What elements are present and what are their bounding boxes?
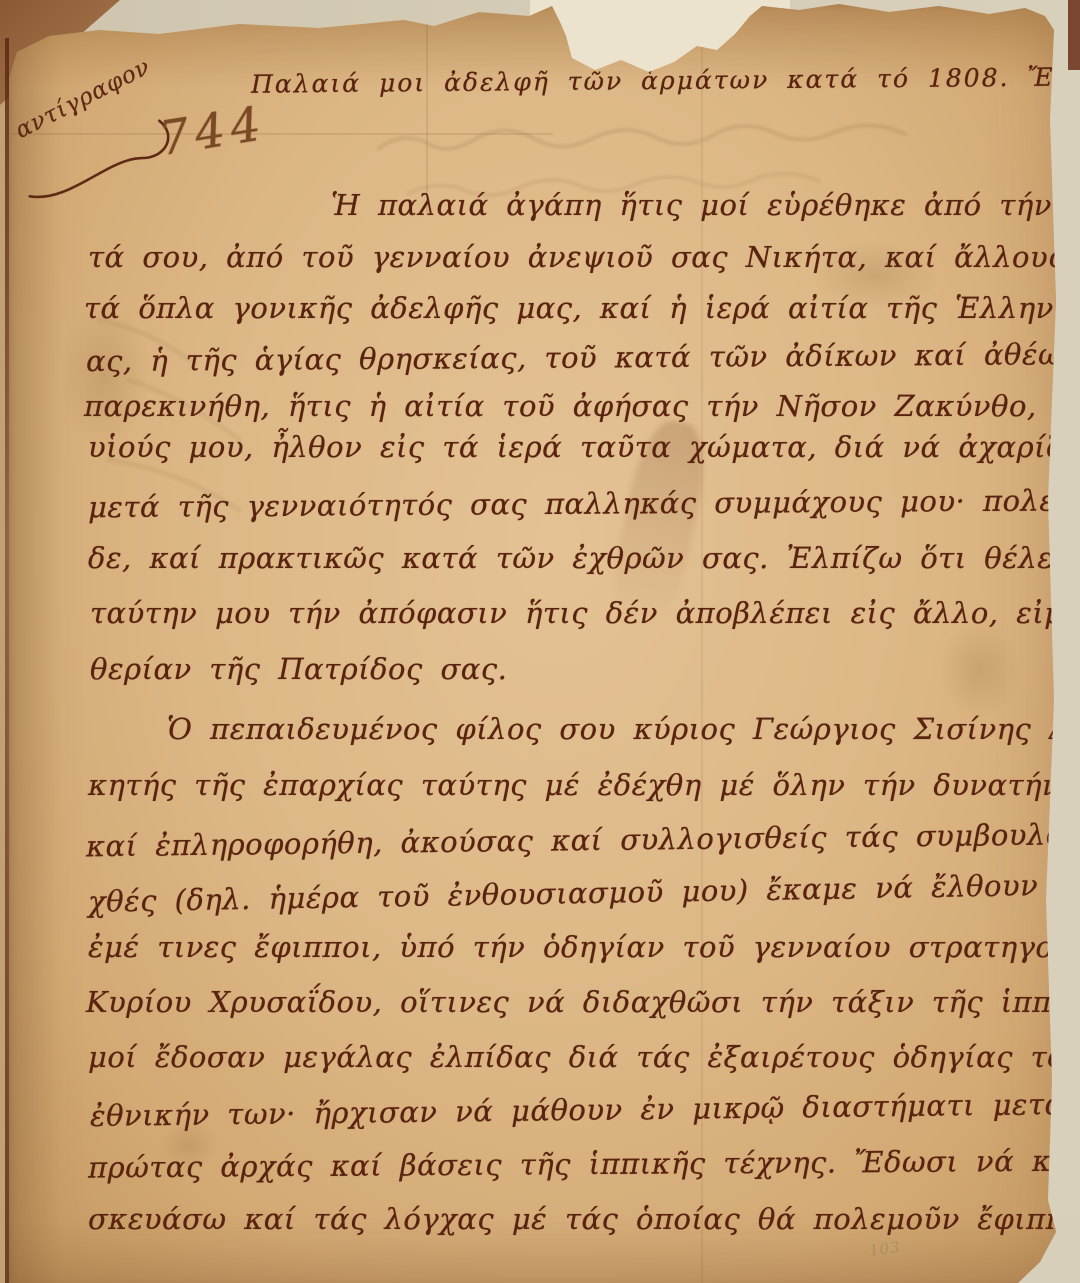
manuscript-line: κητής τῆς ἐπαρχίας ταύτης μέ ἐδέχθη μέ ὅ… — [88, 768, 1080, 802]
manuscript-line: καί ἐπληροφορήθη, ἀκούσας καί συλλογισθε… — [86, 815, 1080, 864]
manuscript-line: Ἡ παλαιά ἀγάπη ἥτις μοί εὑρέθηκε ἀπό τήν… — [331, 188, 1080, 222]
manuscript-photo: αντίγραφον 744 Παλαιά μοι ἀδελφῆ τῶν ἁρμ… — [0, 0, 1080, 1283]
stain — [939, 620, 1019, 720]
manuscript-line: ας, ἡ τῆς ἁγίας θρησκείας, τοῦ κατά τῶν … — [86, 336, 1080, 378]
pencil-page-number: 103 — [868, 1238, 902, 1260]
manuscript-line: ἐμέ τινες ἔφιπποι, ὑπό τήν ὁδηγίαν τοῦ γ… — [88, 930, 1080, 964]
manuscript-line: σκευάσω καί τάς λόγχας μέ τάς ὁποίας θά … — [88, 1202, 1080, 1236]
manuscript-page: αντίγραφον 744 Παλαιά μοι ἀδελφῆ τῶν ἁρμ… — [9, 0, 1062, 1283]
gutter-edge-line — [5, 38, 9, 1283]
header-line: Παλαιά μοι ἀδελφῆ τῶν ἁρμάτων κατά τό 18… — [251, 62, 1080, 98]
manuscript-line: τά ὅπλα γονικῆς ἀδελφῆς μας, καί ἡ ἱερά … — [84, 291, 1080, 325]
manuscript-line: ταύτην μου τήν ἀπόφασιν ἥτις δέν ἀποβλέπ… — [90, 596, 1080, 630]
archive-number: 744 — [155, 96, 270, 167]
page-edge-strip — [1068, 0, 1080, 70]
manuscript-line: υἱούς μου, ἦλθον εἰς τά ἱερά ταῦτα χώματ… — [88, 430, 1080, 464]
manuscript-line: μοί ἔδοσαν μεγάλας ἐλπίδας διά τάς ἐξαιρ… — [88, 1040, 1080, 1074]
manuscript-line: δε, καί πρακτικῶς κατά τῶν ἐχθρῶν σας. Ἐ… — [88, 541, 1080, 575]
manuscript-line: τά σου, ἀπό τοῦ γενναίου ἀνεψιοῦ σας Νικ… — [88, 240, 1080, 274]
manuscript-line: θερίαν τῆς Πατρίδος σας. — [90, 652, 507, 686]
manuscript-line: ἐθνικήν των· ἤρχισαν νά μάθουν ἐν μικρῷ … — [90, 1085, 1080, 1133]
manuscript-line: πρώτας ἀρχάς καί βάσεις τῆς ἱππικῆς τέχν… — [88, 1143, 1080, 1184]
manuscript-line: χθές (δηλ. ἡμέρα τοῦ ἐνθουσιασμοῦ μου) ἔ… — [88, 867, 1080, 919]
manuscript-line: Κυρίου Χρυσαΐδου, οἵτινες νά διδαχθῶσι τ… — [86, 985, 1080, 1019]
manuscript-line: παρεκινήθη, ἥτις ἡ αἰτία τοῦ ἀφήσας τήν … — [84, 389, 1080, 423]
manuscript-line: Ὁ πεπαιδευμένος φίλος σου κύριος Γεώργιο… — [167, 712, 1080, 746]
